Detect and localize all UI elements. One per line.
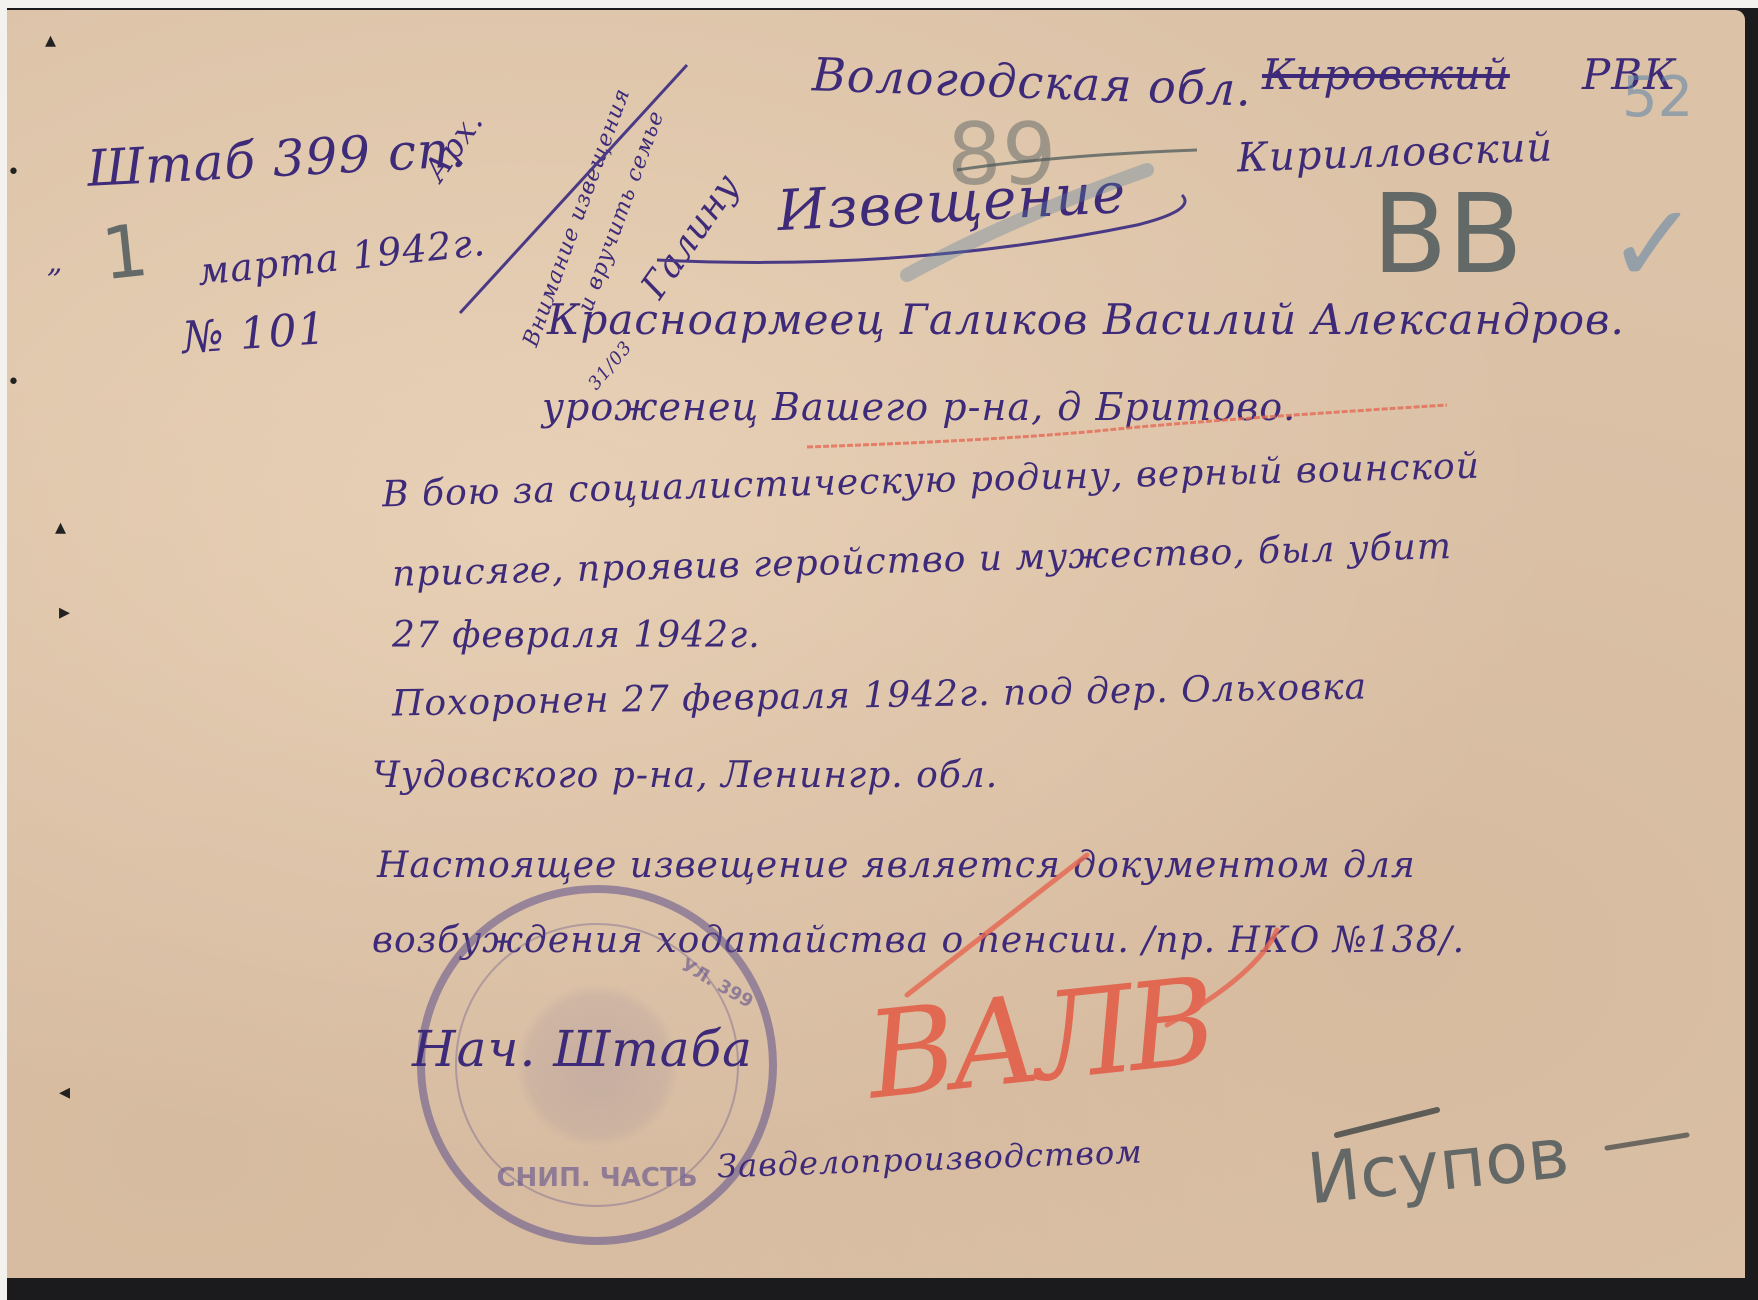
body-line: Настоящее извещение является документом … bbox=[377, 845, 1416, 886]
body-line-burial-place: Чудовского р-на, Ленингр. обл. bbox=[372, 755, 998, 796]
blue-check-mark: ✓ bbox=[1607, 180, 1699, 308]
blue-pencil-number: 52 bbox=[1622, 65, 1693, 130]
document-paper: ▴ • • ▴ ▸ ◂ Штаб 399 сп. „ 1 марта 1942г… bbox=[7, 10, 1745, 1278]
clerk-signature: Исупов bbox=[1303, 1112, 1572, 1221]
body-line-death-date: 27 февраля 1942г. bbox=[392, 615, 761, 656]
speck-mark: ▴ bbox=[55, 515, 66, 540]
body-line-burial: Похоронен 27 февраля 1942г. под дер. Оль… bbox=[392, 666, 1368, 724]
scan-margin-top bbox=[7, 0, 1758, 8]
speck-mark: ◂ bbox=[59, 1080, 70, 1105]
body-line-origin: уроженец Вашего р-на, д Бритово. bbox=[542, 385, 1296, 429]
addressee-office-struck: Кировский bbox=[1262, 50, 1510, 99]
speck-mark: • bbox=[7, 160, 20, 185]
body-line: В бою за социалистическую родину, верный… bbox=[382, 446, 1481, 516]
date-month-year: марта 1942г. bbox=[195, 220, 487, 294]
sender-unit: Штаб 399 сп. bbox=[86, 120, 469, 198]
chief-of-staff-title: Нач. Штаба bbox=[412, 1020, 753, 1078]
document-number: № 101 bbox=[180, 303, 328, 364]
date-day: 1 bbox=[98, 208, 152, 296]
speck-mark: ▸ bbox=[59, 600, 70, 625]
margin-note-name: Галину bbox=[633, 166, 748, 306]
clerk-title: Завделопроизводством bbox=[716, 1133, 1143, 1186]
pencil-initials: ВВ bbox=[1372, 170, 1523, 298]
speck-mark: • bbox=[7, 370, 20, 395]
scan-margin bbox=[0, 0, 7, 1300]
date-open-quote: „ bbox=[47, 245, 64, 280]
red-pencil-signature: ВАЛВ bbox=[861, 952, 1217, 1126]
speck-mark: ▴ bbox=[45, 28, 56, 53]
body-line: присяге, проявив геройство и мужество, б… bbox=[392, 526, 1453, 595]
document-title: Извещение bbox=[776, 161, 1128, 244]
body-line-soldier: Красноармеец Галиков Василий Александров… bbox=[547, 295, 1625, 344]
